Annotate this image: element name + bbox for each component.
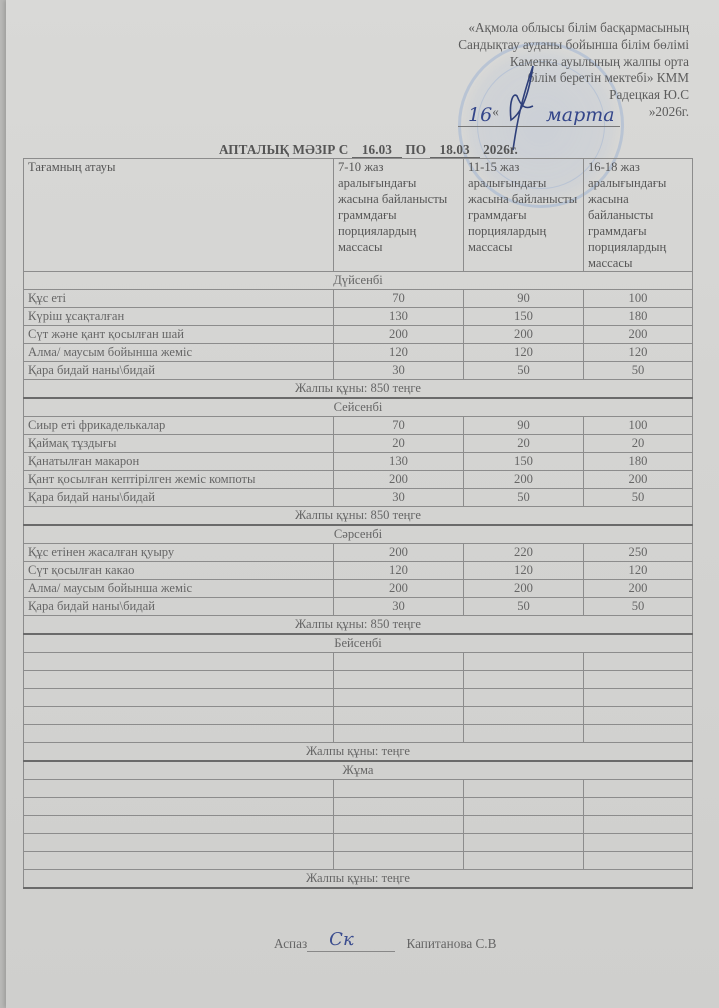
total-cost: Жалпы құны: теңге <box>24 870 693 889</box>
dish-name <box>24 816 334 834</box>
cook-label: Аспаз <box>274 936 307 951</box>
dish-name: Құс етінен жасалған қуыру <box>24 544 334 562</box>
table-row: Құс еті7090100 <box>24 290 693 308</box>
portion-grams <box>464 816 584 834</box>
portion-grams: 200 <box>464 326 584 344</box>
portion-grams <box>584 689 693 707</box>
dish-name: Күріш ұсақталған <box>24 308 334 326</box>
portion-grams <box>584 798 693 816</box>
portion-grams: 100 <box>584 290 693 308</box>
cook-name: Капитанова С.В <box>406 936 496 951</box>
day-name: Жұма <box>24 761 693 780</box>
portion-grams: 50 <box>584 489 693 507</box>
table-row: Қара бидай наны\бидай305050 <box>24 489 693 507</box>
signature-icon <box>503 62 543 152</box>
dish-name <box>24 780 334 798</box>
dish-name: Құс еті <box>24 290 334 308</box>
portion-grams: 200 <box>584 326 693 344</box>
portion-grams: 120 <box>464 344 584 362</box>
portion-grams <box>464 671 584 689</box>
portion-grams <box>584 816 693 834</box>
portion-grams: 30 <box>334 598 464 616</box>
total-cost: Жалпы құны: 850 теңге <box>24 380 693 399</box>
table-row: Алма/ маусым бойынша жеміс200200200 <box>24 580 693 598</box>
signature-icon: Ск <box>329 929 354 950</box>
table-row <box>24 798 693 816</box>
portion-grams: 120 <box>464 562 584 580</box>
cook-signature-line: АспазСк Капитанова С.В <box>274 936 496 952</box>
table-row: Сүт және қант қосылған шай200200200 <box>24 326 693 344</box>
portion-grams: 50 <box>464 362 584 380</box>
portion-grams <box>584 725 693 743</box>
date-from: 16.03 <box>352 142 402 158</box>
portion-grams: 50 <box>584 362 693 380</box>
portion-grams: 200 <box>334 326 464 344</box>
portion-grams <box>334 689 464 707</box>
table-row: Алма/ маусым бойынша жеміс120120120 <box>24 344 693 362</box>
portion-grams <box>334 671 464 689</box>
portion-grams: 100 <box>584 417 693 435</box>
document-page: «Ақмола облысы білім басқармасының Санды… <box>6 0 719 1008</box>
dish-name <box>24 834 334 852</box>
dish-name: Алма/ маусым бойынша жеміс <box>24 580 334 598</box>
handwritten-month: марта <box>546 104 615 126</box>
table-row: Сүт қосылған какао120120120 <box>24 562 693 580</box>
total-row: Жалпы құны: теңге <box>24 870 693 889</box>
portion-grams: 30 <box>334 362 464 380</box>
portion-grams: 180 <box>584 453 693 471</box>
portion-grams: 20 <box>584 435 693 453</box>
portion-grams: 90 <box>464 417 584 435</box>
portion-grams: 200 <box>334 580 464 598</box>
table-row: Қаймақ тұздығы202020 <box>24 435 693 453</box>
portion-grams: 200 <box>584 471 693 489</box>
portion-grams: 200 <box>464 471 584 489</box>
table-row <box>24 707 693 725</box>
total-row: Жалпы құны: теңге <box>24 743 693 762</box>
dish-name: Сиыр еті фрикаделькалар <box>24 417 334 435</box>
portion-grams: 120 <box>584 344 693 362</box>
portion-grams: 50 <box>584 598 693 616</box>
title-prefix: АПТАЛЫҚ МӘЗІР С <box>219 142 348 157</box>
portion-grams <box>464 834 584 852</box>
portion-grams: 200 <box>464 580 584 598</box>
day-row: Сейсенбі <box>24 398 693 417</box>
portion-grams <box>464 653 584 671</box>
portion-grams: 200 <box>584 580 693 598</box>
day-name: Бейсенбі <box>24 634 693 653</box>
header-dish-name: Тағамның атауы <box>24 159 334 272</box>
signature-field: Ск <box>307 937 395 952</box>
table-row <box>24 834 693 852</box>
day-row: Жұма <box>24 761 693 780</box>
dish-name: Сүт қосылған какао <box>24 562 334 580</box>
approval-line: «Ақмола облысы білім басқармасының <box>369 20 689 37</box>
header-age-16-18: 16-18 жаз аралығындағы жасына байланысты… <box>584 159 693 272</box>
dish-name: Қанатылған макарон <box>24 453 334 471</box>
total-cost: Жалпы құны: теңге <box>24 743 693 762</box>
portion-grams: 120 <box>334 562 464 580</box>
dish-name <box>24 852 334 870</box>
table-row <box>24 653 693 671</box>
portion-grams: 120 <box>584 562 693 580</box>
portion-grams: 220 <box>464 544 584 562</box>
portion-grams <box>464 707 584 725</box>
dish-name: Алма/ маусым бойынша жеміс <box>24 344 334 362</box>
portion-grams <box>334 653 464 671</box>
portion-grams <box>584 671 693 689</box>
portion-grams <box>464 725 584 743</box>
portion-grams: 150 <box>464 308 584 326</box>
total-cost: Жалпы құны: 850 теңге <box>24 616 693 635</box>
portion-grams <box>334 798 464 816</box>
portion-grams <box>464 798 584 816</box>
dish-name <box>24 689 334 707</box>
table-row <box>24 816 693 834</box>
table-row <box>24 671 693 689</box>
table-row: Сиыр еті фрикаделькалар7090100 <box>24 417 693 435</box>
portion-grams <box>334 707 464 725</box>
portion-grams <box>334 816 464 834</box>
table-row <box>24 689 693 707</box>
portion-grams <box>464 852 584 870</box>
dish-name <box>24 798 334 816</box>
portion-grams: 200 <box>334 544 464 562</box>
portion-grams <box>334 834 464 852</box>
portion-grams: 20 <box>464 435 584 453</box>
portion-grams <box>584 834 693 852</box>
approval-line: Сандықтау ауданы бойынша білім бөлімі <box>369 37 689 54</box>
table-row: Қанатылған макарон130150180 <box>24 453 693 471</box>
portion-grams: 70 <box>334 290 464 308</box>
day-name: Дүйсенбі <box>24 272 693 290</box>
total-row: Жалпы құны: 850 теңге <box>24 616 693 635</box>
dish-name: Қант қосылған кептірілген жеміс компоты <box>24 471 334 489</box>
portion-grams: 50 <box>464 598 584 616</box>
page-title: АПТАЛЫҚ МӘЗІР С 16.03 ПО 18.03 2026г. <box>219 142 518 158</box>
table-row: Қара бидай наны\бидай305050 <box>24 598 693 616</box>
portion-grams: 120 <box>334 344 464 362</box>
portion-grams: 90 <box>464 290 584 308</box>
table-header-row: Тағамның атауы 7-10 жаз аралығындағы жас… <box>24 159 693 272</box>
date-quote-open: « <box>492 104 499 119</box>
header-age-11-15: 11-15 жаз аралығындағы жасына байланысты… <box>464 159 584 272</box>
portion-grams: 30 <box>334 489 464 507</box>
table-row: Құс етінен жасалған қуыру200220250 <box>24 544 693 562</box>
title-year: 2026г. <box>483 142 518 157</box>
portion-grams <box>334 725 464 743</box>
dish-name: Сүт және қант қосылған шай <box>24 326 334 344</box>
portion-grams: 70 <box>334 417 464 435</box>
portion-grams: 20 <box>334 435 464 453</box>
date-to: 18.03 <box>430 142 480 158</box>
portion-grams: 130 <box>334 308 464 326</box>
dish-name: Қара бидай наны\бидай <box>24 362 334 380</box>
dish-name <box>24 671 334 689</box>
portion-grams: 200 <box>334 471 464 489</box>
dish-name <box>24 725 334 743</box>
date-year: »2026г. <box>649 104 689 119</box>
table-row <box>24 852 693 870</box>
day-name: Сәрсенбі <box>24 525 693 544</box>
portion-grams <box>334 780 464 798</box>
portion-grams <box>584 780 693 798</box>
portion-grams <box>334 852 464 870</box>
dish-name <box>24 707 334 725</box>
day-name: Сейсенбі <box>24 398 693 417</box>
total-row: Жалпы құны: 850 теңге <box>24 507 693 526</box>
portion-grams: 130 <box>334 453 464 471</box>
total-row: Жалпы құны: 850 теңге <box>24 380 693 399</box>
portion-grams: 50 <box>464 489 584 507</box>
portion-grams <box>584 852 693 870</box>
day-row: Дүйсенбі <box>24 272 693 290</box>
table-row: Қант қосылған кептірілген жеміс компоты2… <box>24 471 693 489</box>
day-row: Сәрсенбі <box>24 525 693 544</box>
portion-grams <box>464 780 584 798</box>
table-row <box>24 725 693 743</box>
portion-grams <box>584 653 693 671</box>
portion-grams: 150 <box>464 453 584 471</box>
dish-name: Қаймақ тұздығы <box>24 435 334 453</box>
title-middle: ПО <box>405 142 426 157</box>
day-row: Бейсенбі <box>24 634 693 653</box>
total-cost: Жалпы құны: 850 теңге <box>24 507 693 526</box>
table-row <box>24 780 693 798</box>
header-age-7-10: 7-10 жаз аралығындағы жасына байланысты … <box>334 159 464 272</box>
portion-grams <box>584 707 693 725</box>
dish-name <box>24 653 334 671</box>
portion-grams: 250 <box>584 544 693 562</box>
table-row: Күріш ұсақталған130150180 <box>24 308 693 326</box>
menu-body: ДүйсенбіҚұс еті7090100Күріш ұсақталған13… <box>24 272 693 889</box>
portion-grams: 180 <box>584 308 693 326</box>
menu-table: Тағамның атауы 7-10 жаз аралығындағы жас… <box>23 158 693 889</box>
portion-grams <box>464 689 584 707</box>
dish-name: Қара бидай наны\бидай <box>24 489 334 507</box>
table-row: Қара бидай наны\бидай305050 <box>24 362 693 380</box>
dish-name: Қара бидай наны\бидай <box>24 598 334 616</box>
handwritten-day: 16 <box>468 104 492 126</box>
